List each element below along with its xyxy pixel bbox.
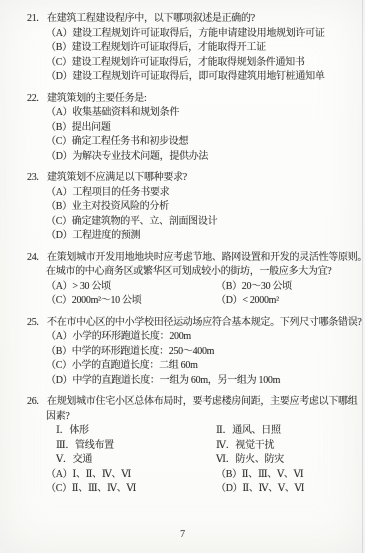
question-21-option-c: （C）建设工程规划许可证取得后，才能取得规划条件通知书	[0, 56, 365, 71]
question-number: 23.	[27, 171, 47, 186]
question-24: 24. 在策划城市开发用地地块时应考虑节地、路网设置和开发的灵活性等原则。 在城…	[0, 251, 365, 309]
question-26-factor-list: Ⅰ．体形 Ⅱ．通风、日照 Ⅲ．管线布置 Ⅳ．视觉干扰 Ⅴ．交通 Ⅵ．防火、防灾	[56, 424, 365, 468]
question-23-heading: 23. 建筑策划不应满足以下哪种要求?	[0, 171, 365, 186]
question-25-heading: 25. 不在市中心区的中小学校田径运动场应符合基本规定。下列尺寸哪条错误?	[0, 316, 365, 331]
factor-item-6: Ⅵ．防火、防灾	[216, 453, 365, 468]
question-24-text-line2: 在城市的中心商务区或繁华区可划成较小的街坊，一般应多大为宜?	[0, 265, 365, 280]
factor-item-5: Ⅴ．交通	[56, 453, 216, 468]
question-25-option-a: （A）小学的环形跑道长度：200m	[0, 330, 365, 345]
question-22: 22. 建筑策划的主要任务是: （A）收集基础资料和规划条件 （B）提出问题 （…	[0, 92, 365, 165]
question-26-heading: 26. 在规划城市住宅小区总体布局时，要考虑楼房间距，主要应考虑以下哪组	[0, 395, 365, 410]
question-26-option-c: （C）Ⅱ、Ⅲ、Ⅳ、Ⅵ	[46, 482, 216, 497]
question-23-option-b: （B）业主对投资风险的分析	[0, 200, 365, 215]
question-26: 26. 在规划城市住宅小区总体布局时，要考虑楼房间距，主要应考虑以下哪组 因素?…	[0, 395, 365, 497]
question-text: 在策划城市开发用地地块时应考虑节地、路网设置和开发的灵活性等原则。	[47, 251, 365, 266]
question-25-option-c: （C）小学的直跑道长度：二组 60m	[0, 359, 365, 374]
question-26-option-d: （D）Ⅱ、Ⅳ、Ⅴ、Ⅵ	[216, 482, 365, 497]
page-number: 7	[0, 529, 365, 540]
factor-item-2: Ⅱ．通风、日照	[216, 424, 365, 439]
question-23-option-d: （D）工程进度的预测	[0, 229, 365, 244]
exam-page: 21. 在建筑工程建设程序中，以下哪项叙述是正确的? （A）建设工程规划许可证取…	[0, 0, 365, 553]
question-25-option-b: （B）中学的环形跑道长度：250～400m	[0, 345, 365, 360]
question-text: 建筑策划的主要任务是:	[47, 92, 146, 107]
question-26-option-a: （A）Ⅰ、Ⅱ、Ⅳ、Ⅵ	[46, 468, 216, 483]
question-23-option-a: （A）工程项目的任务书要求	[0, 186, 365, 201]
question-22-option-d: （D）为解决专业技术问题，提供办法	[0, 150, 365, 165]
question-number: 22.	[27, 92, 47, 107]
question-24-option-d: （D）< 2000m²	[216, 294, 365, 309]
question-text: 在建筑工程建设程序中，以下哪项叙述是正确的?	[47, 12, 255, 27]
question-21-option-b: （B）建设工程规划许可证取得后，才能取得开工证	[0, 41, 365, 56]
question-21-option-a: （A）建设工程规划许可证取得后，方能申请建设用地规划许可证	[0, 27, 365, 42]
factor-item-3: Ⅲ．管线布置	[56, 439, 216, 454]
question-22-option-a: （A）收集基础资料和规划条件	[0, 106, 365, 121]
question-21: 21. 在建筑工程建设程序中，以下哪项叙述是正确的? （A）建设工程规划许可证取…	[0, 12, 365, 85]
question-text: 在规划城市住宅小区总体布局时，要考虑楼房间距，主要应考虑以下哪组	[47, 395, 357, 410]
question-24-option-a: （A）> 30 公顷	[46, 280, 216, 295]
exam-content: 21. 在建筑工程建设程序中，以下哪项叙述是正确的? （A）建设工程规划许可证取…	[0, 12, 365, 504]
question-text: 建筑策划不应满足以下哪种要求?	[47, 171, 187, 186]
question-22-heading: 22. 建筑策划的主要任务是:	[0, 92, 365, 107]
question-21-option-d: （D）建设工程规划许可证取得后，即可取得建筑用地钉桩通知单	[0, 70, 365, 85]
question-24-options: （A）> 30 公顷 （B）20～30 公顷 （C）2000m²～10 公顷 （…	[46, 280, 365, 309]
factor-item-1: Ⅰ．体形	[56, 424, 216, 439]
question-21-heading: 21. 在建筑工程建设程序中，以下哪项叙述是正确的?	[0, 12, 365, 27]
question-23-option-c: （C）确定建筑物的平、立、剖面图设计	[0, 215, 365, 230]
question-26-options: （A）Ⅰ、Ⅱ、Ⅳ、Ⅵ （B）Ⅱ、Ⅲ、Ⅴ、Ⅵ （C）Ⅱ、Ⅲ、Ⅳ、Ⅵ （D）Ⅱ、Ⅳ、…	[46, 468, 365, 497]
question-text: 不在市中心区的中小学校田径运动场应符合基本规定。下列尺寸哪条错误?	[47, 316, 362, 331]
question-23: 23. 建筑策划不应满足以下哪种要求? （A）工程项目的任务书要求 （B）业主对…	[0, 171, 365, 244]
question-24-option-c: （C）2000m²～10 公顷	[46, 294, 216, 309]
question-number: 21.	[27, 12, 47, 27]
question-24-heading: 24. 在策划城市开发用地地块时应考虑节地、路网设置和开发的灵活性等原则。	[0, 251, 365, 266]
question-22-option-c: （C）确定工程任务书和初步设想	[0, 135, 365, 150]
question-26-text-line2: 因素?	[0, 410, 365, 425]
question-number: 25.	[27, 316, 47, 331]
question-number: 26.	[27, 395, 47, 410]
question-22-option-b: （B）提出问题	[0, 121, 365, 136]
question-25-option-d: （D）中学的直跑道长度：一组为 60m，另一组为 100m	[0, 374, 365, 389]
factor-item-4: Ⅳ．视觉干扰	[216, 439, 365, 454]
question-25: 25. 不在市中心区的中小学校田径运动场应符合基本规定。下列尺寸哪条错误? （A…	[0, 316, 365, 389]
question-26-option-b: （B）Ⅱ、Ⅲ、Ⅴ、Ⅵ	[216, 468, 365, 483]
question-24-option-b: （B）20～30 公顷	[216, 280, 365, 295]
question-number: 24.	[27, 251, 47, 266]
